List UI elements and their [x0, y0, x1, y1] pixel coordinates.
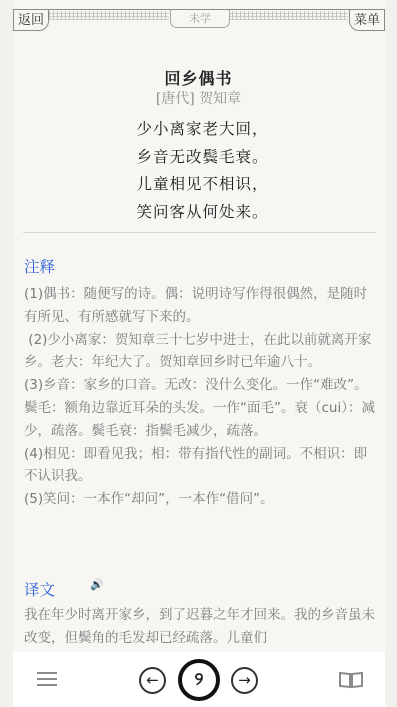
decorative-pattern-right — [228, 11, 348, 20]
annotation-item: (3)乡音：家乡的口音。无改：没什么变化。一作“难改”。鬓毛：额角边靠近耳朵的头… — [24, 374, 376, 442]
annotations-list: (1)偶书：随便写的诗。偶：说明诗写作得很偶然，是随时有所见、有所感就写下来的。… — [24, 283, 376, 511]
poem-line: 乡音无改鬓毛衰。 — [0, 144, 397, 172]
bottom-toolbar: ← ୨ → — [13, 652, 385, 707]
list-icon[interactable] — [37, 672, 57, 688]
annotations-heading: 注释 — [24, 255, 55, 277]
poem-author: [唐代] 贺知章 — [0, 88, 397, 108]
annotation-item: (5)笑问：一本作“却问”，一本作“借问”。 — [24, 488, 376, 511]
next-button[interactable]: → — [231, 667, 258, 694]
annotation-item: (4)相见：即看见我；相：带有指代性的副词。不相识：即不认识我。 — [24, 443, 376, 489]
translation-text: 我在年少时离开家乡，到了迟暮之年才回来。我的乡音虽未改变，但鬓角的毛发却已经疏落… — [24, 604, 376, 650]
poem-title: 回乡偶书 — [0, 66, 397, 89]
page-title: 未学 — [170, 10, 230, 28]
translation-heading: 译文 — [24, 578, 55, 600]
decorative-pattern-left — [49, 11, 169, 20]
hint-button[interactable]: ୨ — [178, 659, 220, 701]
top-bar: 返回 未学 菜单 — [13, 9, 385, 33]
poem-body: 少小离家老大回， 乡音无改鬓毛衰。 儿童相见不相识， 笑问客从何处来。 — [0, 116, 397, 226]
annotation-item: (2)少小离家：贺知章三十七岁中进士，在此以前就离开家乡。老大：年纪大了。贺知章… — [24, 329, 376, 375]
poem-line: 笑问客从何处来。 — [0, 199, 397, 227]
menu-button[interactable]: 菜单 — [349, 9, 385, 31]
divider — [23, 232, 376, 233]
back-button[interactable]: 返回 — [13, 9, 49, 31]
annotation-item: (1)偶书：随便写的诗。偶：说明诗写作得很偶然，是随时有所见、有所感就写下来的。 — [24, 283, 376, 329]
book-icon[interactable] — [338, 671, 364, 689]
poem-line: 儿童相见不相识， — [0, 171, 397, 199]
speaker-icon[interactable]: 🔊 — [90, 578, 104, 591]
previous-button[interactable]: ← — [139, 667, 166, 694]
poem-line: 少小离家老大回， — [0, 116, 397, 144]
